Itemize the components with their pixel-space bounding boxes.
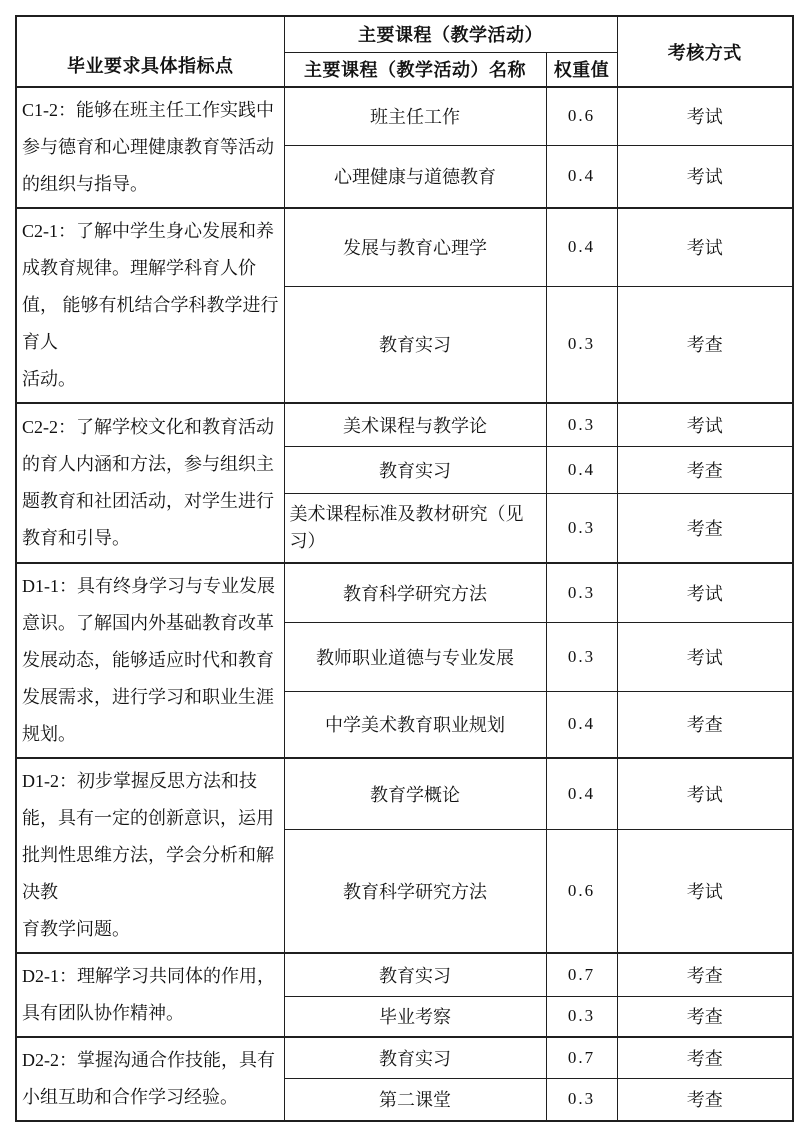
course-name-cell: 中学美术教育职业规划 — [284, 691, 546, 758]
assessment-method-cell: 考试 — [617, 208, 793, 286]
weight-value-cell: 0.6 — [546, 87, 617, 145]
course-row: D2-1：理解学习共同体的作用，具有团队协作精神。教育实习0.7考查 — [16, 953, 793, 996]
weight-value-cell: 0.3 — [546, 493, 617, 563]
indicator-cell-C2-1: C2-1：了解中学生身心发展和养成教育规律。理解学科育人价值， 能够有机结合学科… — [16, 208, 284, 403]
header-row-1: 毕业要求具体指标点 主要课程（教学活动） 考核方式 — [16, 16, 793, 52]
course-row: C2-2：了解学校文化和教育活动的育人内涵和方法，参与组织主题教育和社团活动，对… — [16, 403, 793, 446]
course-name-cell: 心理健康与道德教育 — [284, 145, 546, 208]
course-name-cell: 教育实习 — [284, 446, 546, 493]
assessment-method-cell: 考查 — [617, 996, 793, 1037]
weight-value-cell: 0.7 — [546, 1037, 617, 1078]
indicator-cell-C1-2: C1-2：能够在班主任工作实践中参与德育和心理健康教育等活动的组织与指导。 — [16, 87, 284, 208]
assessment-method-cell: 考试 — [617, 145, 793, 208]
assessment-method-cell: 考查 — [617, 1078, 793, 1121]
course-name-cell: 毕业考察 — [284, 996, 546, 1037]
course-name-cell: 教育科学研究方法 — [284, 829, 546, 953]
course-row: C1-2：能够在班主任工作实践中参与德育和心理健康教育等活动的组织与指导。班主任… — [16, 87, 793, 145]
course-row: D1-1：具有终身学习与专业发展意识。了解国内外基础教育改革发展动态，能够适应时… — [16, 563, 793, 622]
weight-value-cell: 0.3 — [546, 622, 617, 691]
assessment-method-cell: 考查 — [617, 1037, 793, 1078]
header-main-courses-group: 主要课程（教学活动） — [284, 16, 617, 52]
assessment-method-cell: 考试 — [617, 758, 793, 829]
assessment-method-cell: 考试 — [617, 403, 793, 446]
course-name-cell: 教育实习 — [284, 953, 546, 996]
assessment-method-cell: 考查 — [617, 493, 793, 563]
indicator-cell-D2-1: D2-1：理解学习共同体的作用，具有团队协作精神。 — [16, 953, 284, 1037]
course-name-cell: 教育实习 — [284, 286, 546, 403]
weight-value-cell: 0.3 — [546, 403, 617, 446]
course-name-cell: 教师职业道德与专业发展 — [284, 622, 546, 691]
course-row: D2-2：掌握沟通合作技能，具有小组互助和合作学习经验。教育实习0.7考查 — [16, 1037, 793, 1078]
header-weight-value: 权重值 — [546, 52, 617, 87]
weight-value-cell: 0.7 — [546, 953, 617, 996]
course-row: C2-1：了解中学生身心发展和养成教育规律。理解学科育人价值， 能够有机结合学科… — [16, 208, 793, 286]
assessment-method-cell: 考查 — [617, 953, 793, 996]
indicator-cell-D2-2: D2-2：掌握沟通合作技能，具有小组互助和合作学习经验。 — [16, 1037, 284, 1121]
header-assessment-method: 考核方式 — [617, 16, 793, 87]
assessment-method-cell: 考查 — [617, 446, 793, 493]
curriculum-matrix-table: 毕业要求具体指标点 主要课程（教学活动） 考核方式 主要课程（教学活动）名称 权… — [15, 15, 794, 1122]
course-name-cell: 教育实习 — [284, 1037, 546, 1078]
weight-value-cell: 0.3 — [546, 1078, 617, 1121]
header-course-name: 主要课程（教学活动）名称 — [284, 52, 546, 87]
assessment-method-cell: 考试 — [617, 622, 793, 691]
weight-value-cell: 0.3 — [546, 286, 617, 403]
assessment-method-cell: 考查 — [617, 286, 793, 403]
assessment-method-cell: 考试 — [617, 563, 793, 622]
weight-value-cell: 0.6 — [546, 829, 617, 953]
course-name-cell: 班主任工作 — [284, 87, 546, 145]
indicator-cell-C2-2: C2-2：了解学校文化和教育活动的育人内涵和方法，参与组织主题教育和社团活动，对… — [16, 403, 284, 563]
course-name-cell: 教育学概论 — [284, 758, 546, 829]
weight-value-cell: 0.3 — [546, 996, 617, 1037]
assessment-method-cell: 考查 — [617, 691, 793, 758]
weight-value-cell: 0.3 — [546, 563, 617, 622]
weight-value-cell: 0.4 — [546, 691, 617, 758]
header-indicator-points: 毕业要求具体指标点 — [16, 16, 284, 87]
assessment-method-cell: 考试 — [617, 829, 793, 953]
course-name-cell: 美术课程标准及教材研究（见习） — [284, 493, 546, 563]
weight-value-cell: 0.4 — [546, 446, 617, 493]
course-name-cell: 教育科学研究方法 — [284, 563, 546, 622]
weight-value-cell: 0.4 — [546, 145, 617, 208]
assessment-method-cell: 考试 — [617, 87, 793, 145]
course-name-cell: 发展与教育心理学 — [284, 208, 546, 286]
weight-value-cell: 0.4 — [546, 208, 617, 286]
course-name-cell: 美术课程与教学论 — [284, 403, 546, 446]
weight-value-cell: 0.4 — [546, 758, 617, 829]
document-page: 毕业要求具体指标点 主要课程（教学活动） 考核方式 主要课程（教学活动）名称 权… — [0, 0, 805, 1130]
indicator-cell-D1-1: D1-1：具有终身学习与专业发展意识。了解国内外基础教育改革发展动态，能够适应时… — [16, 563, 284, 758]
course-row: D1-2：初步掌握反思方法和技能，具有一定的创新意识，运用批判性思维方法，学会分… — [16, 758, 793, 829]
indicator-cell-D1-2: D1-2：初步掌握反思方法和技能，具有一定的创新意识，运用批判性思维方法，学会分… — [16, 758, 284, 953]
course-name-cell: 第二课堂 — [284, 1078, 546, 1121]
